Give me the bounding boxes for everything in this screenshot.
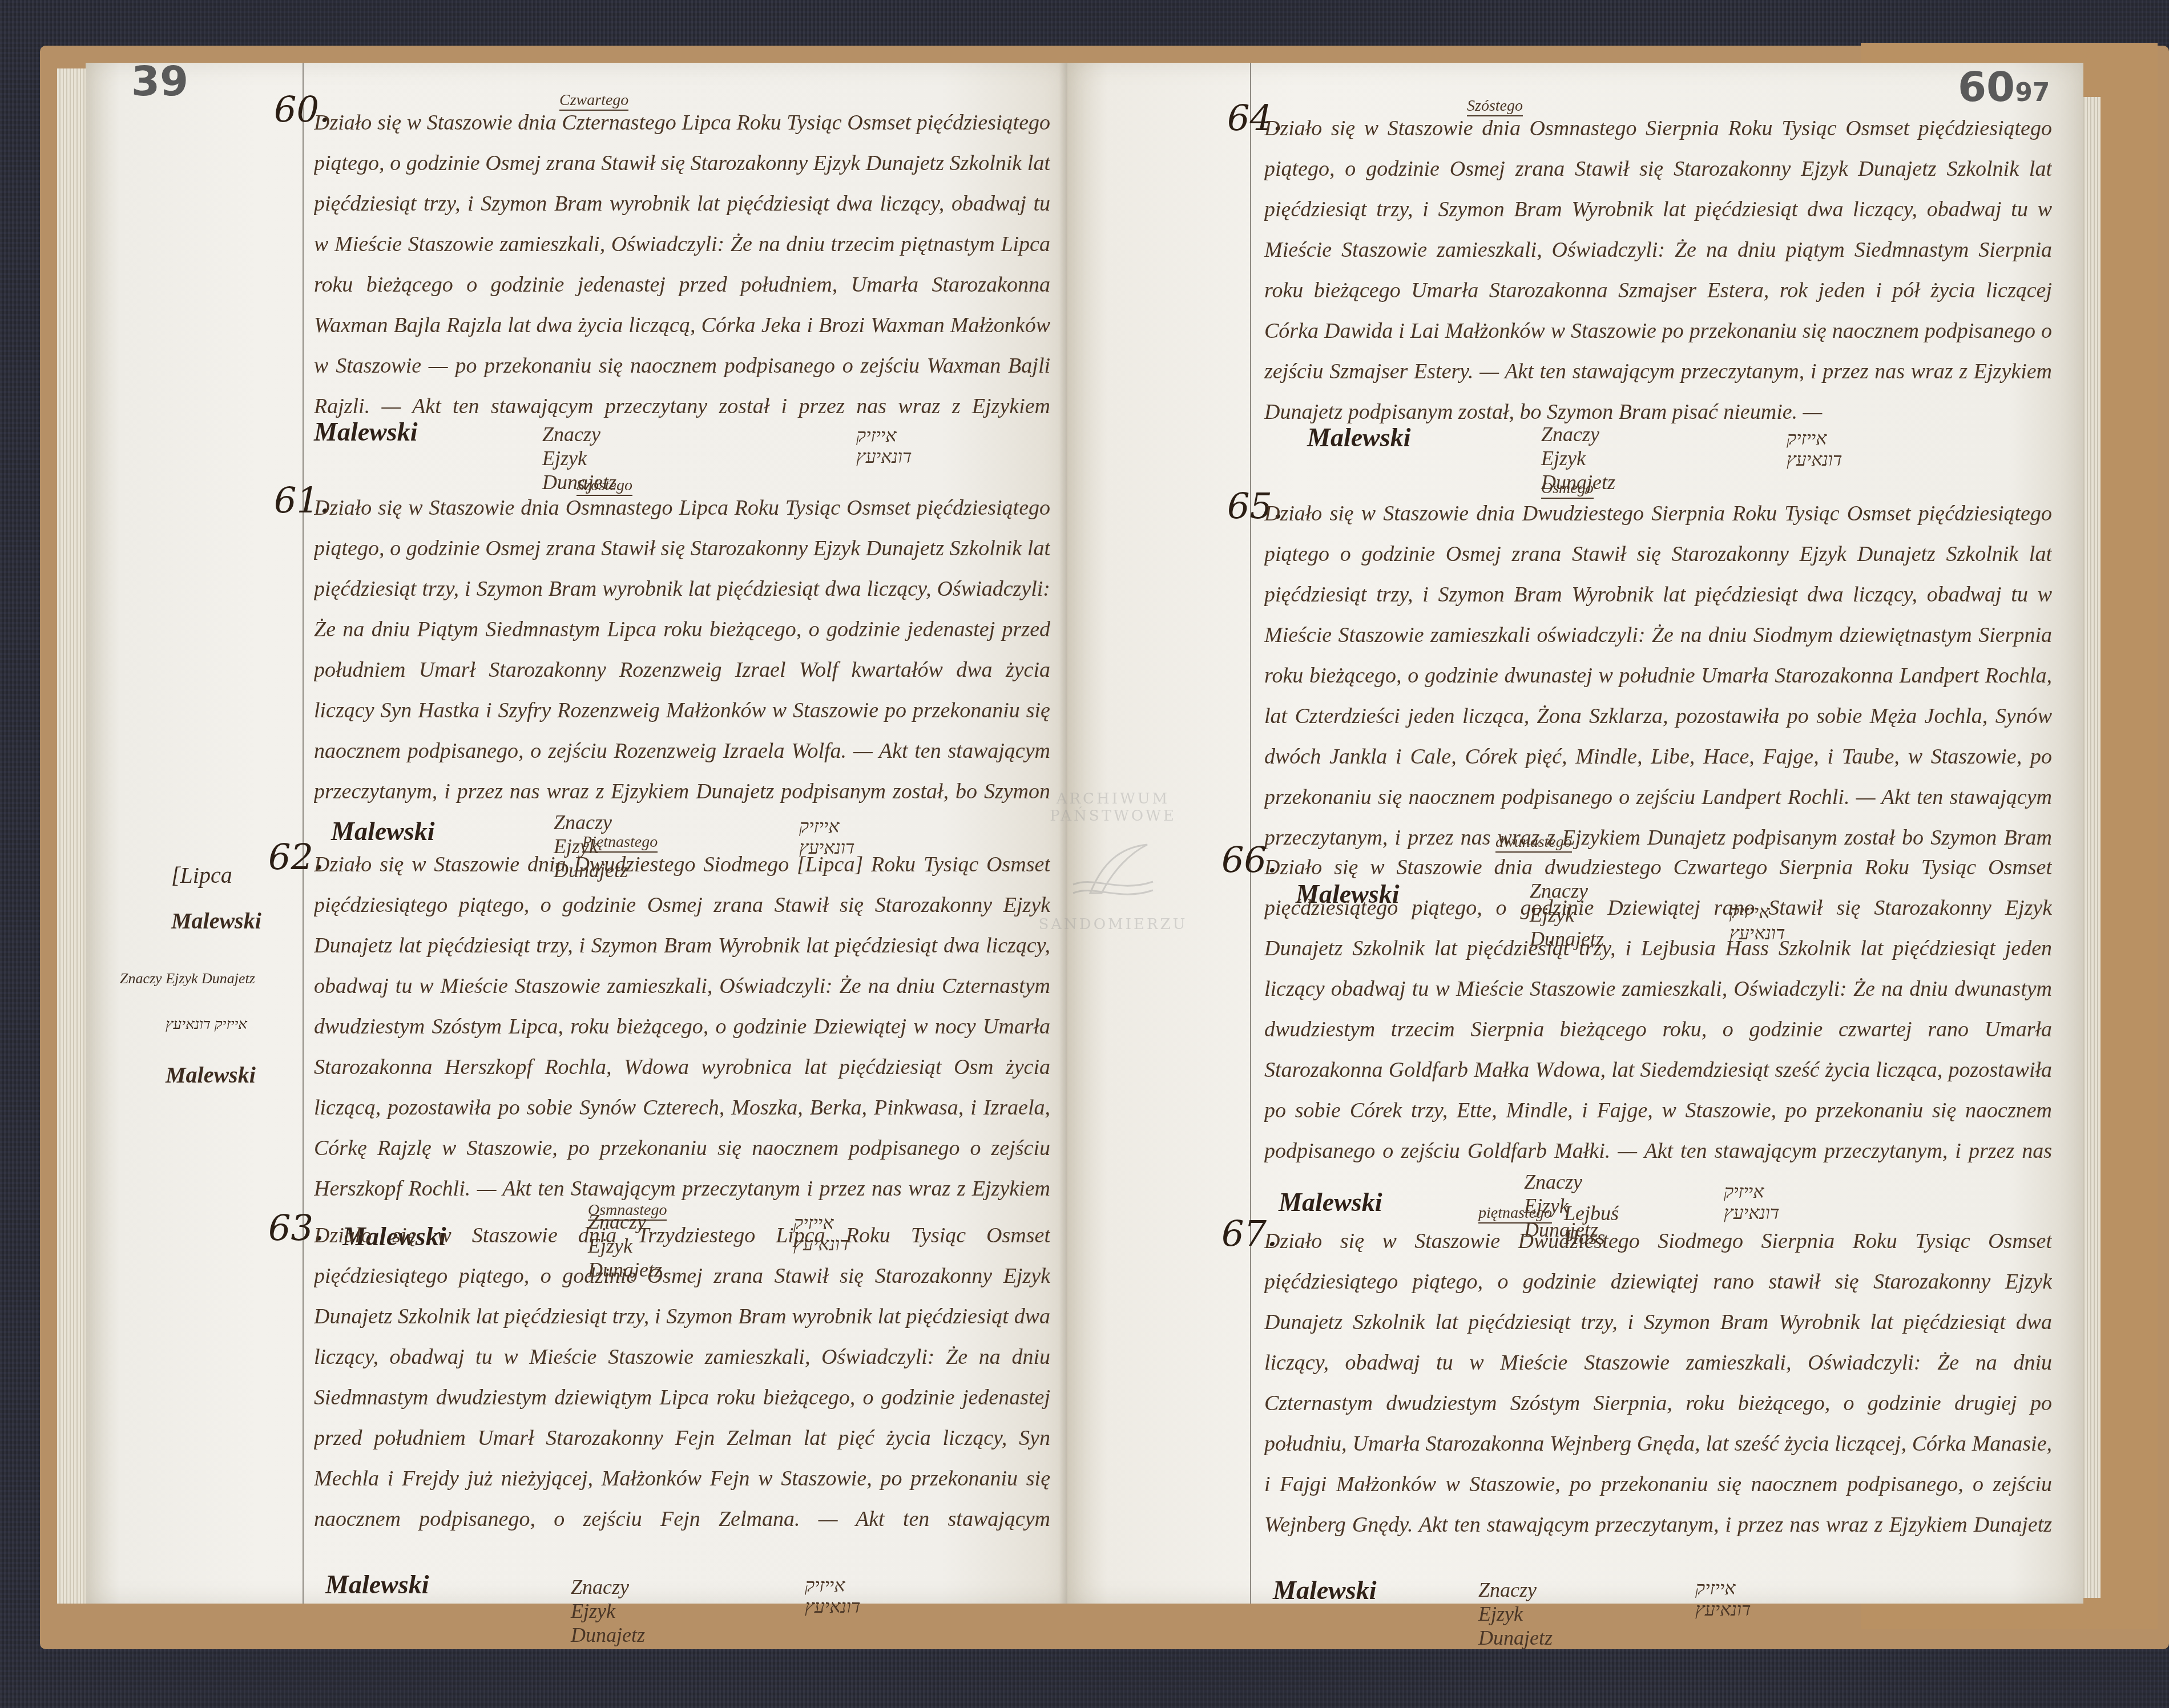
official-signature: Malewski [1307,422,1410,453]
entry-text: Działo się w Staszowie dnia Dwudziestego… [314,845,1050,1204]
margin-witness-signature: Znaczy Ejzyk Dunajetz [120,970,255,987]
left-margin-rule [303,63,304,1604]
entry-text: Działo się w Staszowie dnia Osmnastego L… [314,488,1050,807]
hebrew-signature: אייזיק דונאיעץ [1695,1578,1751,1620]
right-page: 6097 64. Szóstego Działo się w Staszowie… [1067,63,2083,1604]
margin-correction: [Lipca [171,862,232,889]
official-signature: Malewski [1279,1187,1382,1217]
witness-signature: Znaczy Ejzyk Dunajetz [1478,1578,1553,1650]
official-signature: Malewski [325,1569,429,1600]
archive-watermark: ARCHIWUM PAŃSTWOWE SANDOMIERZU [1022,779,1204,962]
official-signature: Malewski [314,417,417,447]
margin-hebrew-signature: אייזיק דונאיעץ [166,1016,247,1033]
folio-number-left: 39 [131,57,188,105]
watermark-top-text: ARCHIWUM PAŃSTWOWE [1022,790,1204,825]
witness-signature: Znaczy Ejzyk Dunajetz [571,1575,645,1647]
entry-text: Działo się w Staszowie dnia Osmnastego S… [1264,108,2052,428]
right-margin-rule [1250,63,1251,1604]
quill-and-book-icon [1067,830,1159,905]
margin-official-signature-2: Malewski [166,1061,256,1088]
folio-overwritten: 97 [2015,78,2050,107]
hebrew-signature: אייזיק דונאיעץ [1724,1181,1779,1224]
entry-text: Działo się w Staszowie dnia Dwudziestego… [1264,494,2052,853]
official-signature: Malewski [1273,1575,1376,1605]
folio-number: 60 [1958,63,2015,111]
entry-text: Działo się w Staszowie dnia Trzydziesteg… [314,1216,1050,1535]
left-page: 39 60. Czwartego Działo się w Staszowie … [86,63,1067,1604]
margin-official-signature: Malewski [171,907,261,934]
hebrew-signature: אייזיק דונאיעץ [856,425,912,467]
hebrew-signature: אייזיק דונאיעץ [1787,428,1842,470]
hebrew-signature: אייזיק דונאיעץ [805,1575,860,1617]
folio-number-right: 6097 [1958,63,2050,111]
date-correction: piętnastego [1478,1204,1552,1224]
watermark-bottom-text: SANDOMIERZU [1022,916,1204,933]
entry-text: Działo się w Staszowie dnia dwudziestego… [1264,847,2052,1167]
official-signature: Malewski [331,816,434,846]
entry-text: Działo się w Staszowie Dwudziestego Siod… [1264,1221,2052,1541]
entry-text: Działo się w Staszowie dnia Czternastego… [314,103,1050,422]
